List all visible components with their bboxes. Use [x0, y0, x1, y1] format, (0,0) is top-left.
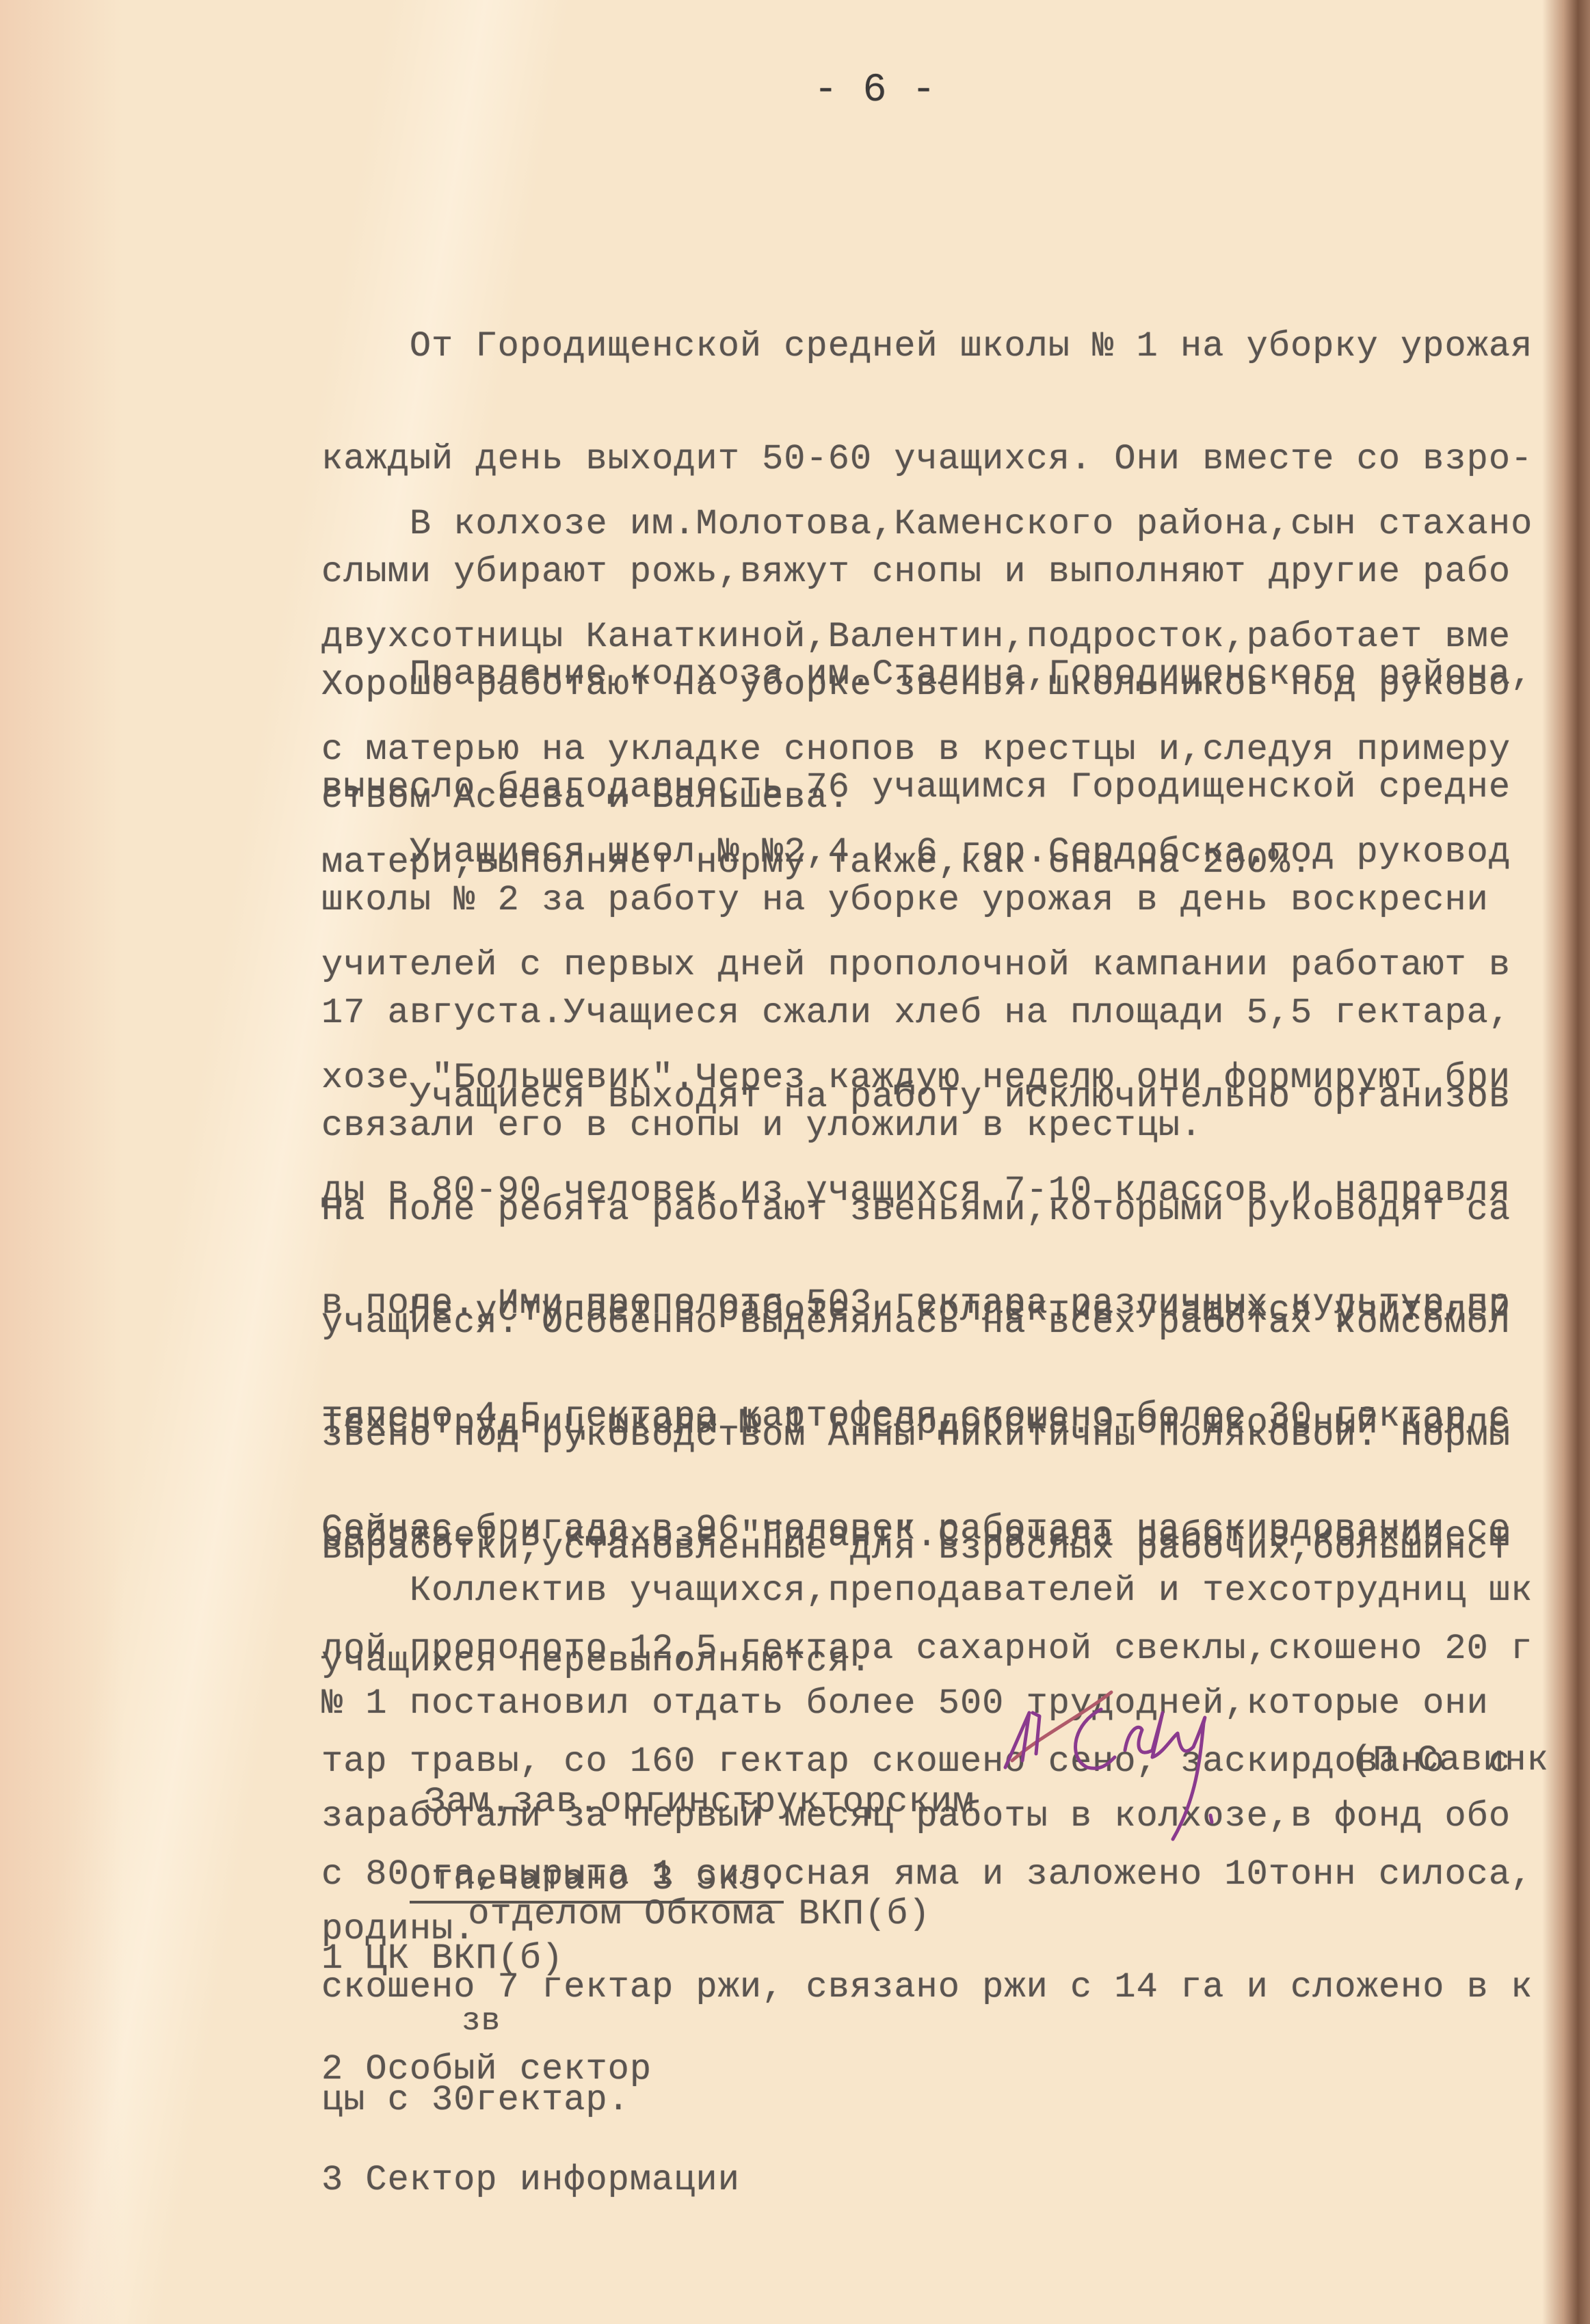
text-line: учителей с первых дней прополочной кампа… — [321, 949, 1511, 981]
signatory-name: (П.Савинк — [1351, 1740, 1549, 1780]
page-number: - 6 - — [814, 68, 936, 113]
distribution-list: 1 ЦК ВКП(б) 2 Особый сектор 3 Сектор инф… — [321, 1863, 740, 2276]
distribution-item: 2 Особый сектор — [321, 2055, 740, 2085]
page-binding-shadow — [1542, 0, 1590, 2324]
text-line: Правление колхоза им.Сталина,Городищенск… — [321, 658, 1533, 691]
text-line: Учащиеся школ № №2,4 и 6 гор.Сердобска,п… — [321, 836, 1511, 868]
text-line: Не уступает в работе и коллектив учащихс… — [321, 1294, 1533, 1326]
signatory-title-line: Зам.зав.оргинструкторским — [424, 1787, 975, 1818]
distribution-item: 1 ЦК ВКП(б) — [321, 1944, 740, 1974]
distribution-item: 3 Сектор информации — [321, 2165, 740, 2195]
text-line: В колхозе им.Молотова,Каменского района,… — [321, 508, 1533, 540]
typist-initials: зв — [462, 2003, 501, 2039]
text-line: Коллектив учащихся,преподавателей и техс… — [321, 1575, 1533, 1607]
document-page: - 6 - От Городищенской средней школы № 1… — [0, 0, 1590, 2324]
text-line: Учащиеся выходят на работу исключительно… — [321, 1081, 1511, 1113]
text-line: От Городищенской средней школы № 1 на уб… — [321, 330, 1533, 362]
handwritten-signature — [998, 1682, 1354, 1846]
text-line: техсотрудниц школы № 1 г.Сердобска.Этот … — [321, 1407, 1533, 1439]
